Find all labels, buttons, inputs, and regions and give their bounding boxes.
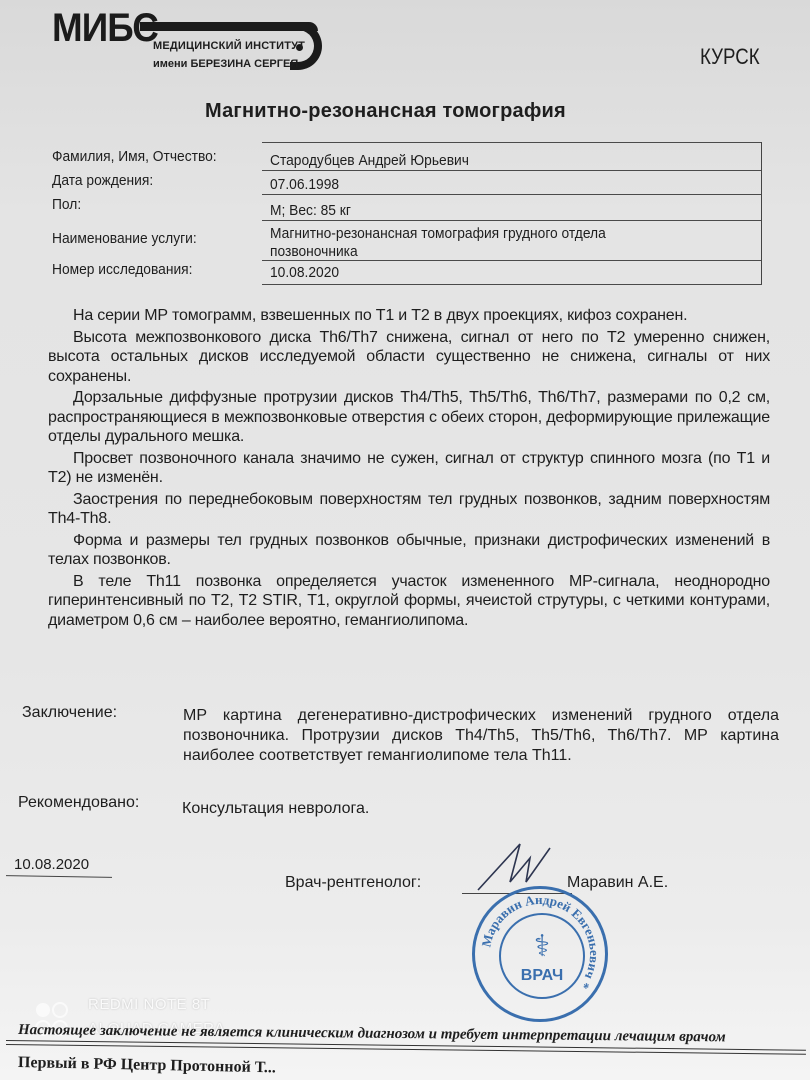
doctor-role-label: Врач-рентгенолог: [285,874,421,892]
label-full-name: Фамилия, Имя, Отчество: [52,148,217,165]
finding-paragraph: Дорзальные диффузные протрузии дисков Th… [48,388,770,447]
label-sex: Пол: [52,196,81,213]
date-underline [6,875,112,878]
label-birth-date: Дата рождения: [52,172,153,189]
table-divider [262,194,762,195]
footer-disclaimer: Настоящее заключение не является клиниче… [18,1022,808,1047]
caduceus-icon: ⚕ [501,929,583,964]
value-sex-weight: М; Вес: 85 кг [270,202,351,219]
table-divider [262,220,762,221]
finding-paragraph: Форма и размеры тел грудных позвонков об… [48,531,770,570]
finding-paragraph: На серии МР томограмм, взвешенных по Т1 … [48,306,770,326]
recommendation-label: Рекомендовано: [18,794,139,812]
label-service-name: Наименование услуги: [52,230,197,247]
value-birth-date: 07.06.1998 [270,176,339,193]
finding-paragraph: Просвет позвоночного канала значимо не с… [48,449,770,488]
signature-date: 10.08.2020 [14,856,89,873]
stamp-inner-ring: ⚕ ВРАЧ [499,913,585,999]
footer-center-line: Первый в РФ Центр Протонной Т... [18,1054,276,1077]
document-title: Магнитно-резонансная томография [205,100,566,123]
value-service-name: Магнитно-резонансная томография грудного… [270,225,606,242]
logo-institute-name: МЕДИЦИНСКИЙ ИНСТИТУТ [153,40,305,52]
finding-paragraph: Высота межпозвонкового диска Th6/Th7 сни… [48,328,770,387]
table-divider [262,170,762,171]
value-full-name: Стародубцев Андрей Юрьевич [270,152,469,169]
table-divider [262,284,762,285]
conclusion-text: МР картина дегенеративно-дистрофических … [183,706,779,766]
value-service-name-cont: позвоночника [270,243,358,260]
doctor-stamp: Маравин Андрей Евгеньевич * ⚕ ВРАЧ [472,886,608,1022]
stamp-center-text: ВРАЧ [501,967,583,985]
conclusion-label: Заключение: [22,704,117,722]
finding-paragraph: В теле Th11 позвонка определяется участо… [48,572,770,631]
city-name: КУРСК [700,44,760,70]
label-study-number: Номер исследования: [52,261,192,278]
recommendation-text: Консультация невролога. [182,800,369,818]
value-study-number: 10.08.2020 [270,264,339,281]
logo-institute-dedication: имени БЕРЕЗИНА СЕРГЕЯ [153,58,298,70]
table-divider [262,260,762,261]
findings-section: На серии МР томограмм, взвешенных по Т1 … [48,306,770,632]
table-divider [262,142,762,143]
table-right-border [761,142,762,284]
watermark-device: REDMI NOTE 8T [88,996,210,1013]
finding-paragraph: Заострения по переднебоковым поверхностя… [48,490,770,529]
